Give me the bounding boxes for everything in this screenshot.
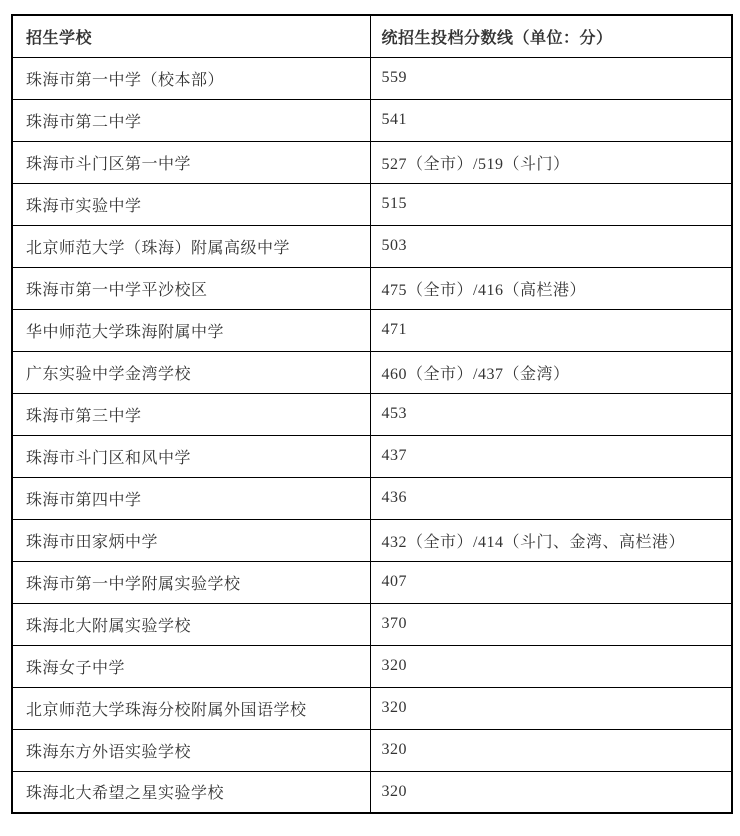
- school-name-cell: 珠海市第二中学: [12, 99, 370, 141]
- score-cell: 471: [370, 309, 732, 351]
- school-name-cell: 珠海市第一中学（校本部）: [12, 57, 370, 99]
- table-row: 北京师范大学珠海分校附属外国语学校320: [12, 687, 732, 729]
- school-name-cell: 北京师范大学珠海分校附属外国语学校: [12, 687, 370, 729]
- score-cell: 370: [370, 603, 732, 645]
- table-row: 珠海市田家炳中学432（全市）/414（斗门、金湾、高栏港）: [12, 519, 732, 561]
- score-cell: 515: [370, 183, 732, 225]
- table-row: 珠海市第二中学541: [12, 99, 732, 141]
- school-name-cell: 珠海女子中学: [12, 645, 370, 687]
- score-cell: 320: [370, 729, 732, 771]
- school-name-cell: 珠海市斗门区和风中学: [12, 435, 370, 477]
- score-cell: 475（全市）/416（高栏港）: [370, 267, 732, 309]
- table-row: 广东实验中学金湾学校460（全市）/437（金湾）: [12, 351, 732, 393]
- school-column-header: 招生学校: [12, 15, 370, 57]
- table-row: 珠海市第三中学453: [12, 393, 732, 435]
- school-name-cell: 珠海市第一中学附属实验学校: [12, 561, 370, 603]
- table-body: 珠海市第一中学（校本部）559 珠海市第二中学541 珠海市斗门区第一中学527…: [12, 57, 732, 813]
- table-row: 珠海市第四中学436: [12, 477, 732, 519]
- table-row: 北京师范大学（珠海）附属高级中学503: [12, 225, 732, 267]
- admission-score-table: 招生学校 统招生投档分数线（单位：分） 珠海市第一中学（校本部）559 珠海市第…: [11, 14, 733, 814]
- school-name-cell: 珠海北大附属实验学校: [12, 603, 370, 645]
- score-column-header: 统招生投档分数线（单位：分）: [370, 15, 732, 57]
- school-name-cell: 北京师范大学（珠海）附属高级中学: [12, 225, 370, 267]
- score-cell: 436: [370, 477, 732, 519]
- table-row: 珠海女子中学320: [12, 645, 732, 687]
- score-cell: 437: [370, 435, 732, 477]
- table-row: 珠海市第一中学（校本部）559: [12, 57, 732, 99]
- school-name-cell: 珠海东方外语实验学校: [12, 729, 370, 771]
- school-name-cell: 珠海市实验中学: [12, 183, 370, 225]
- school-name-cell: 珠海市第四中学: [12, 477, 370, 519]
- school-name-cell: 珠海北大希望之星实验学校: [12, 771, 370, 813]
- table-row: 珠海市第一中学平沙校区475（全市）/416（高栏港）: [12, 267, 732, 309]
- score-cell: 460（全市）/437（金湾）: [370, 351, 732, 393]
- score-cell: 559: [370, 57, 732, 99]
- school-name-cell: 珠海市斗门区第一中学: [12, 141, 370, 183]
- score-cell: 453: [370, 393, 732, 435]
- table-row: 珠海市实验中学515: [12, 183, 732, 225]
- score-cell: 432（全市）/414（斗门、金湾、高栏港）: [370, 519, 732, 561]
- table-row: 珠海市第一中学附属实验学校407: [12, 561, 732, 603]
- school-name-cell: 广东实验中学金湾学校: [12, 351, 370, 393]
- school-name-cell: 珠海市第一中学平沙校区: [12, 267, 370, 309]
- school-name-cell: 珠海市第三中学: [12, 393, 370, 435]
- table-row: 华中师范大学珠海附属中学471: [12, 309, 732, 351]
- score-cell: 320: [370, 645, 732, 687]
- score-cell: 320: [370, 771, 732, 813]
- table-header-row: 招生学校 统招生投档分数线（单位：分）: [12, 15, 732, 57]
- score-cell: 541: [370, 99, 732, 141]
- score-cell: 527（全市）/519（斗门）: [370, 141, 732, 183]
- score-cell: 407: [370, 561, 732, 603]
- school-name-cell: 珠海市田家炳中学: [12, 519, 370, 561]
- table-row: 珠海东方外语实验学校320: [12, 729, 732, 771]
- table-row: 珠海北大希望之星实验学校320: [12, 771, 732, 813]
- table-row: 珠海市斗门区第一中学527（全市）/519（斗门）: [12, 141, 732, 183]
- table-row: 珠海市斗门区和风中学437: [12, 435, 732, 477]
- score-cell: 503: [370, 225, 732, 267]
- table-row: 珠海北大附属实验学校370: [12, 603, 732, 645]
- page: 招生学校 统招生投档分数线（单位：分） 珠海市第一中学（校本部）559 珠海市第…: [0, 0, 740, 836]
- score-cell: 320: [370, 687, 732, 729]
- school-name-cell: 华中师范大学珠海附属中学: [12, 309, 370, 351]
